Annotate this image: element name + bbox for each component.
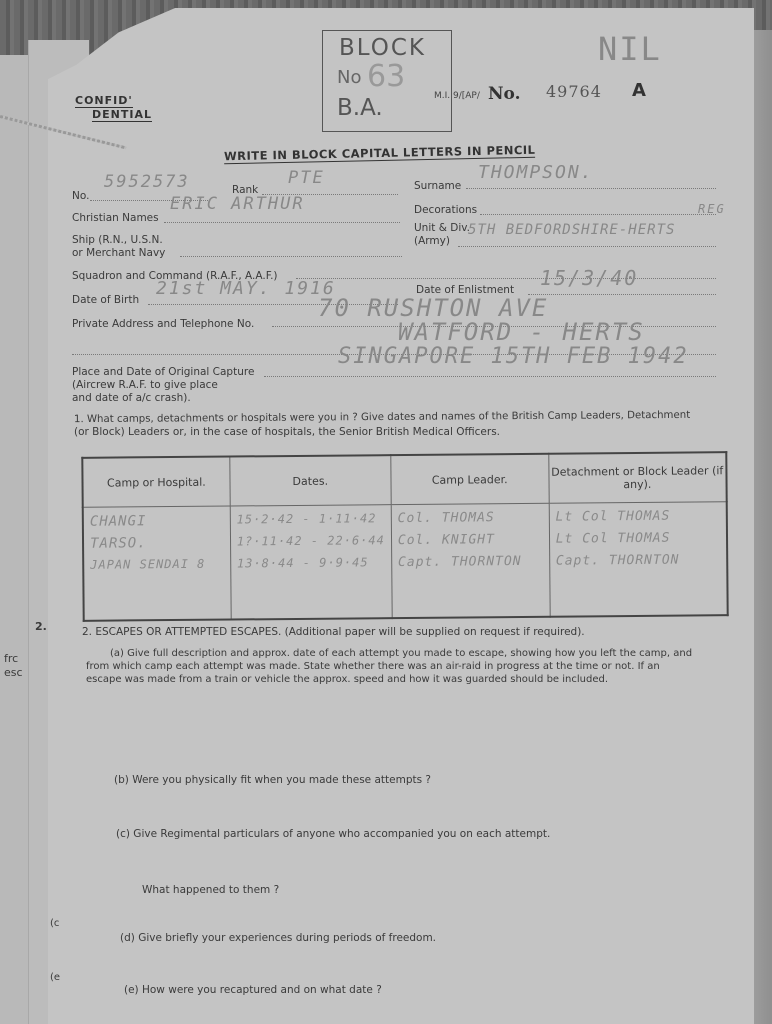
block-stamp-no-label: No [337, 67, 361, 88]
form-number: 49764 [546, 82, 602, 101]
ship-label-2: or Merchant Navy [72, 247, 165, 259]
ship-label-1: Ship (R.N., U.S.N. [72, 234, 163, 246]
form-reference: M.I. 9/[AP/ [434, 91, 480, 101]
surname-line [466, 188, 716, 189]
camp-cell[interactable]: CHANGI TARSO. JAPAN SENDAI 8 [83, 506, 231, 621]
form-number-suffix: A [632, 80, 646, 101]
camp-leader-value: Col. THOMAS [398, 510, 543, 533]
underlying-fragment-e: (e [50, 972, 60, 983]
underlying-fragment-frc: frc [4, 652, 18, 665]
block-stamp-number: 63 [367, 59, 405, 94]
dates-value: 15·2·42 - 1·11·42 [237, 511, 385, 534]
dates-cell[interactable]: 15·2·42 - 1·11·42 1?·11·42 - 22·6·44 13·… [230, 505, 392, 620]
confidential-part-2: DENTIAL [92, 108, 152, 122]
capture-line [264, 376, 716, 377]
block-stamp: BLOCK No 63 B.A. [322, 30, 452, 132]
question-2c: (c) Give Regimental particulars of anyon… [116, 828, 550, 840]
question-1-text-2: (or Block) Leaders or, in the case of ho… [74, 426, 500, 438]
block-leader-value: Capt. THORNTON [556, 552, 721, 575]
unit-div-line [458, 246, 716, 247]
no-value[interactable]: 5952573 [104, 172, 190, 192]
surname-label: Surname [414, 180, 461, 192]
unit-div-suffix: REG [698, 202, 726, 216]
camp-value: CHANGI [90, 513, 224, 536]
rank-value[interactable]: PTE [288, 168, 325, 188]
capture-label-1: Place and Date of Original Capture [72, 366, 254, 378]
pow-questionnaire-sheet: CONFID' DENTIAL BLOCK No 63 B.A. M.I. 9/… [48, 8, 754, 1024]
address-value-2[interactable]: WATFORD - HERTS [398, 318, 645, 346]
question-2a-line-2: from which camp each attempt was made. S… [86, 661, 660, 672]
unit-div-value[interactable]: 5TH BEDFORDSHIRE-HERTS [468, 222, 675, 238]
question-2-title: 2. ESCAPES OR ATTEMPTED ESCAPES. (Additi… [82, 626, 585, 638]
nil-annotation: NIL [598, 30, 662, 68]
block-leader-cell[interactable]: Lt Col THOMAS Lt Col THOMAS Capt. THORNT… [549, 502, 728, 617]
block-leader-value: Lt Col THOMAS [556, 530, 721, 553]
surname-value[interactable]: THOMPSON. [478, 162, 594, 183]
camps-table-header: Camp or Hospital. Dates. Camp Leader. De… [82, 452, 726, 507]
header-camp-leader: Camp Leader. [391, 454, 549, 505]
header-block-leader: Detachment or Block Leader (if any). [548, 452, 726, 503]
date-of-enlistment-value[interactable]: 15/3/40 [540, 266, 638, 290]
camp-value: JAPAN SENDAI 8 [90, 557, 224, 580]
form-number-label: No. [488, 84, 521, 104]
unit-div-label-2: (Army) [414, 235, 450, 247]
date-of-birth-label: Date of Birth [72, 294, 139, 306]
capture-label-2: (Aircrew R.A.F. to give place [72, 379, 218, 391]
block-leader-value: Lt Col THOMAS [555, 508, 720, 531]
christian-names-label: Christian Names [72, 212, 159, 224]
underlying-fragment-esc: esc [4, 666, 23, 679]
camp-leader-value: Capt. THORNTON [398, 554, 543, 577]
decorations-line [480, 214, 716, 215]
private-address-label: Private Address and Telephone No. [72, 318, 254, 330]
confidential-stamp: CONFID' DENTIAL [75, 94, 152, 122]
date-of-birth-value[interactable]: 21st MAY. 1916 [156, 278, 336, 299]
dates-value: 1?·11·42 - 22·6·44 [237, 533, 385, 556]
header-camp: Camp or Hospital. [82, 457, 230, 508]
underlying-fragment-c: (c [50, 918, 59, 929]
underlying-fragment-number: 2. [35, 620, 47, 633]
ship-line [180, 256, 402, 257]
question-2a-line-1: (a) Give full description and approx. da… [110, 648, 692, 659]
camp-value: TARSO. [90, 535, 224, 558]
christian-names-value[interactable]: ERIC ARTHUR [170, 194, 305, 214]
question-1-text-1: 1. What camps, detachments or hospitals … [74, 410, 690, 425]
question-2b: (b) Were you physically fit when you mad… [114, 774, 431, 786]
header-dates: Dates. [230, 455, 391, 506]
dates-value: 13·8·44 - 9·9·45 [237, 555, 385, 578]
capture-label-3: and date of a/c crash). [72, 392, 191, 404]
camp-leader-cell[interactable]: Col. THOMAS Col. KNIGHT Capt. THORNTON [391, 503, 550, 618]
christian-names-line [164, 222, 400, 223]
question-2e: (e) How were you recaptured and on what … [124, 984, 382, 996]
camps-table: Camp or Hospital. Dates. Camp Leader. De… [81, 451, 728, 622]
camp-leader-value: Col. KNIGHT [398, 532, 543, 555]
block-stamp-title: BLOCK [339, 35, 426, 61]
confidential-part-1: CONFID' [75, 94, 133, 108]
question-2a-line-3: escape was made from a train or vehicle … [86, 674, 608, 685]
date-of-enlistment-line [528, 294, 716, 295]
question-2c-followup: What happened to them ? [142, 884, 279, 896]
block-stamp-ba: B.A. [337, 95, 383, 121]
decorations-label: Decorations [414, 204, 477, 216]
unit-div-label-1: Unit & Div. [414, 222, 470, 234]
no-label: No. [72, 190, 89, 202]
table-row: CHANGI TARSO. JAPAN SENDAI 8 15·2·42 - 1… [83, 502, 728, 621]
squadron-line [296, 278, 716, 279]
question-2d: (d) Give briefly your experiences during… [120, 932, 436, 944]
capture-value[interactable]: SINGAPORE 15TH FEB 1942 [338, 344, 689, 369]
